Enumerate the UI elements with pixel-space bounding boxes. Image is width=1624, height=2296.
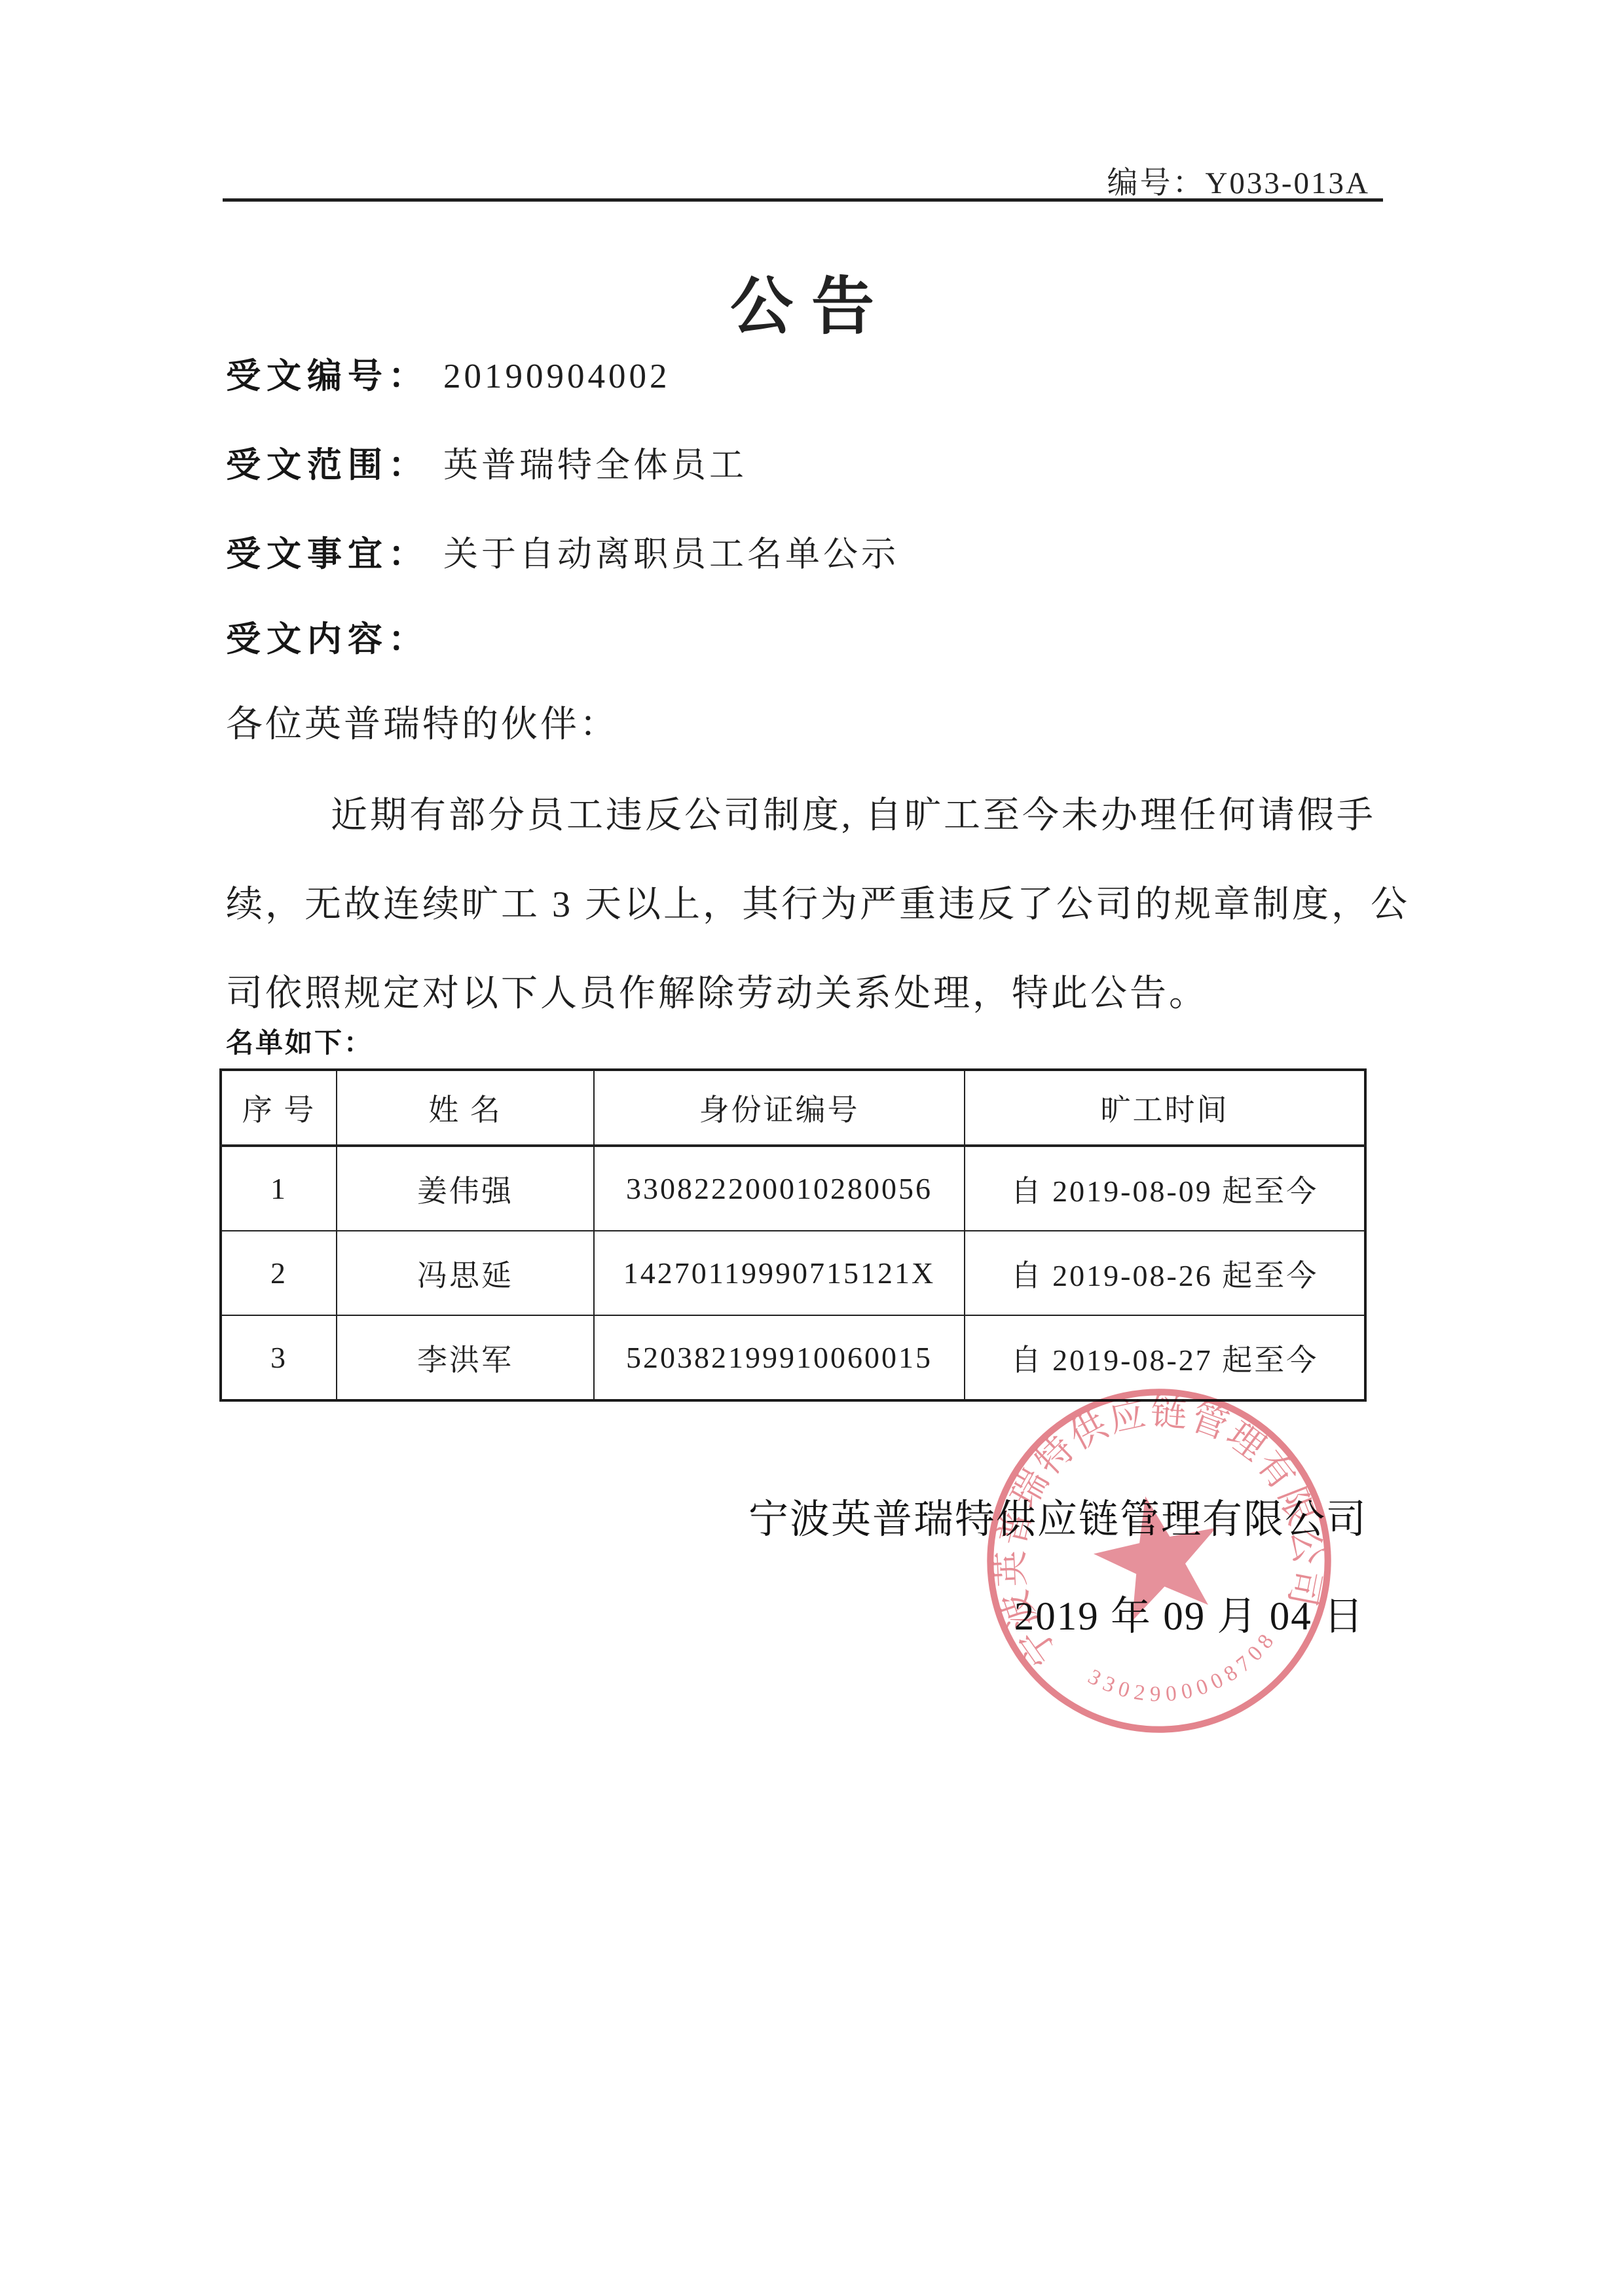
field-subject-label: 受文事宜： bbox=[226, 536, 429, 574]
field-content: 受文内容： bbox=[226, 617, 1405, 663]
field-subject-value: 关于自动离职员工名单公示 bbox=[443, 536, 899, 574]
seal-registration-number: 3302900008708 bbox=[1080, 1626, 1287, 1724]
terminated-employees-table: 序 号 姓 名 身份证编号 旷工时间 1 姜伟强 330822200010280… bbox=[219, 1068, 1367, 1402]
list-intro: 名单如下： bbox=[226, 1021, 373, 1061]
salutation: 各位英普瑞特的伙伴： bbox=[226, 695, 619, 748]
cell-seq: 3 bbox=[221, 1315, 337, 1400]
cell-seq: 2 bbox=[221, 1231, 337, 1315]
cell-id-number: 330822200010280056 bbox=[594, 1146, 965, 1231]
cell-id-number: 14270119990715121X bbox=[594, 1231, 965, 1315]
company-seal-stamp: 宁波英普瑞特供应链管理有限公司 3302900008708 bbox=[955, 1357, 1363, 1765]
cell-name: 姜伟强 bbox=[337, 1146, 594, 1231]
body-line-3: 司依照规定对以下人员作解除劳动关系处理，特此公告。 bbox=[226, 949, 1405, 1038]
document-number: 编号：Y033-013A bbox=[1107, 158, 1370, 202]
cell-absence-period: 自 2019-08-26 起至今 bbox=[965, 1231, 1365, 1315]
table-row: 1 姜伟强 330822200010280056 自 2019-08-09 起至… bbox=[221, 1146, 1365, 1231]
cell-seq: 1 bbox=[221, 1146, 337, 1231]
cell-name: 李洪军 bbox=[337, 1315, 594, 1400]
table-row: 2 冯思延 14270119990715121X 自 2019-08-26 起至… bbox=[221, 1231, 1365, 1315]
col-header-name: 姓 名 bbox=[337, 1070, 594, 1146]
body-paragraph: 近期有部分员工违反公司制度, 自旷工至今未办理任何请假手 续，无故连续旷工 3 … bbox=[226, 771, 1405, 1038]
field-scope: 受文范围：英普瑞特全体员工 bbox=[226, 443, 1405, 488]
table-header-row: 序 号 姓 名 身份证编号 旷工时间 bbox=[221, 1070, 1365, 1146]
col-header-seq: 序 号 bbox=[221, 1070, 337, 1146]
field-scope-value: 英普瑞特全体员工 bbox=[443, 446, 747, 484]
field-doc-ref-label: 受文编号： bbox=[226, 357, 429, 395]
seal-star-icon bbox=[1084, 1484, 1232, 1626]
col-header-id-number: 身份证编号 bbox=[594, 1070, 965, 1146]
cell-id-number: 520382199910060015 bbox=[594, 1315, 965, 1400]
announcement-document-page: 编号：Y033-013A 公 告 受文编号：20190904002 受文范围：英… bbox=[0, 0, 1624, 2296]
col-header-absence-period: 旷工时间 bbox=[965, 1070, 1365, 1146]
field-scope-label: 受文范围： bbox=[226, 446, 429, 484]
cell-absence-period: 自 2019-08-09 起至今 bbox=[965, 1146, 1365, 1231]
field-doc-ref: 受文编号：20190904002 bbox=[226, 354, 1405, 399]
field-subject: 受文事宜：关于自动离职员工名单公示 bbox=[226, 532, 1405, 577]
field-content-label: 受文内容： bbox=[226, 621, 429, 659]
field-doc-ref-value: 20190904002 bbox=[443, 357, 671, 395]
cell-name: 冯思延 bbox=[337, 1231, 594, 1315]
body-line-1: 近期有部分员工违反公司制度, 自旷工至今未办理任何请假手 bbox=[226, 771, 1405, 860]
seal-group: 宁波英普瑞特供应链管理有限公司 3302900008708 bbox=[959, 1360, 1359, 1760]
header-rule-line bbox=[223, 198, 1383, 202]
body-line-2: 续，无故连续旷工 3 天以上，其行为严重违反了公司的规章制度，公 bbox=[226, 860, 1405, 949]
page-title: 公 告 bbox=[0, 257, 1615, 346]
